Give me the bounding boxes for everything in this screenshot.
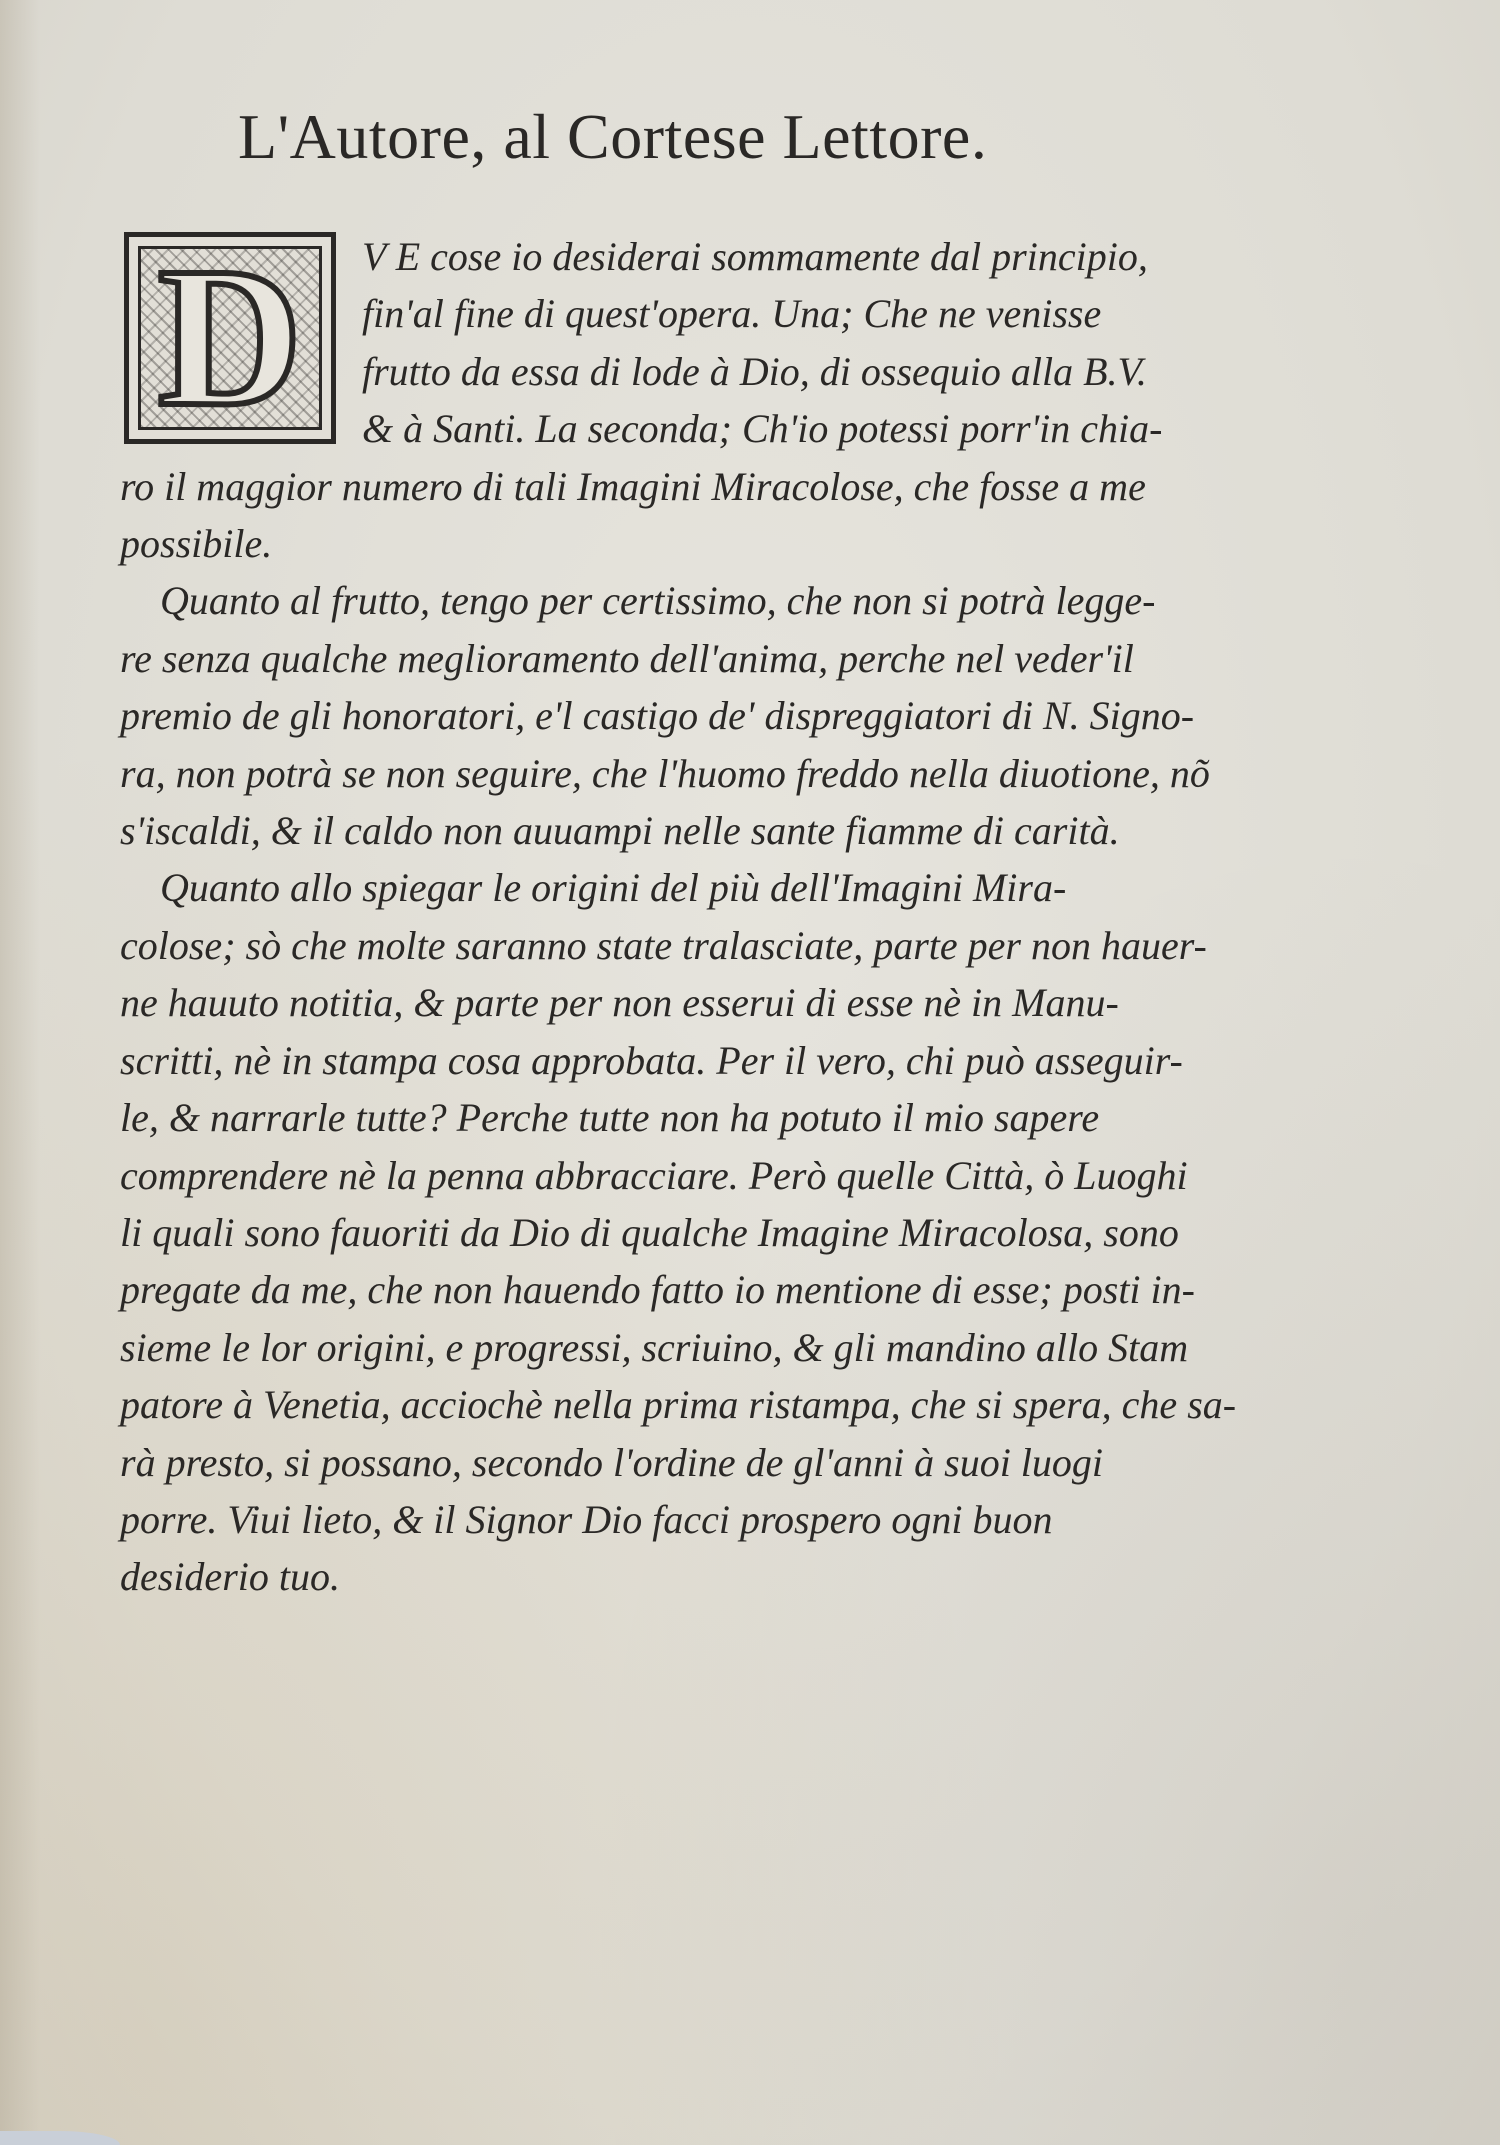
text-line: patore à Venetia, acciochè nella prima r… [120, 1376, 1230, 1433]
text-line: premio de gli honoratori, e'l castigo de… [120, 687, 1230, 744]
text-line: porre. Viui lieto, & il Signor Dio facci… [120, 1491, 1230, 1548]
text-line: li quali sono fauoriti da Dio di qualche… [120, 1204, 1230, 1261]
text-line: desiderio tuo. [120, 1548, 1230, 1605]
text-line: V E cose io desiderai sommamente dal pri… [120, 228, 1230, 285]
text-line: s'iscaldi, & il caldo non auuampi nelle … [120, 802, 1230, 859]
text-line: comprendere nè la penna abbracciare. Per… [120, 1147, 1230, 1204]
text-line: scritti, nè in stampa cosa approbata. Pe… [120, 1032, 1230, 1089]
text-line: & à Santi. La seconda; Ch'io potessi por… [120, 400, 1230, 457]
text-line: fin'al fine di quest'opera. Una; Che ne … [120, 285, 1230, 342]
text-line: ra, non potrà se non seguire, che l'huom… [120, 745, 1230, 802]
text-line: le, & narrarle tutte? Perche tutte non h… [120, 1089, 1230, 1146]
text-line: re senza qualche meglioramento dell'anim… [120, 630, 1230, 687]
text-line: pregate da me, che non hauendo fatto io … [120, 1261, 1230, 1318]
paragraph-start-line: Quanto allo spiegar le origini del più d… [120, 859, 1230, 916]
text-line: colose; sò che molte saranno state trala… [120, 917, 1230, 974]
text-line: rà presto, si possano, secondo l'ordine … [120, 1434, 1230, 1491]
text-line: ne hauuto notitia, & parte per non esser… [120, 974, 1230, 1031]
book-page: L'Autore, al Cortese Lettore. D V E cose… [0, 0, 1500, 2145]
page-corner-edge [0, 2131, 120, 2145]
text-line: possibile. [120, 515, 1230, 572]
text-line: ro il maggior numero di tali Imagini Mir… [120, 458, 1230, 515]
page-gutter-shadow [0, 0, 40, 2145]
text-line: frutto da essa di lode à Dio, di ossequi… [120, 343, 1230, 400]
paragraph-start-line: Quanto al frutto, tengo per certissimo, … [120, 572, 1230, 629]
page-title: L'Autore, al Cortese Lettore. [238, 100, 987, 174]
text-line: sieme le lor origini, e progressi, scriu… [120, 1319, 1230, 1376]
body-text: V E cose io desiderai sommamente dal pri… [120, 228, 1230, 1606]
